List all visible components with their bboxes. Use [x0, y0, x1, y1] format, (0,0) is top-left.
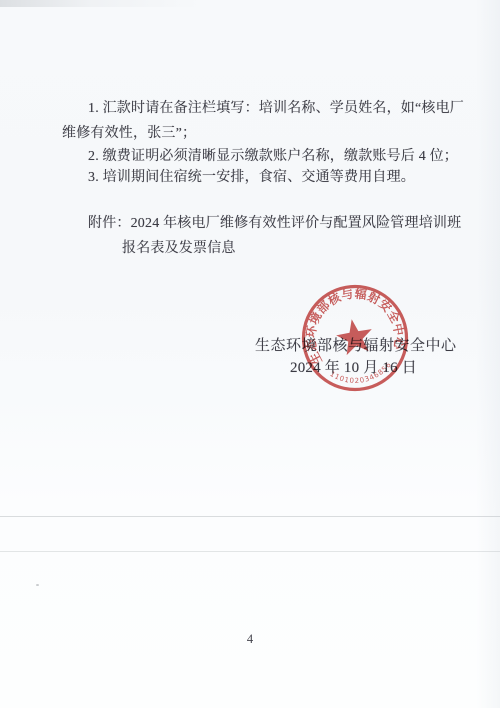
- page-number: 4: [0, 632, 500, 647]
- scan-artifact-line: [0, 516, 500, 517]
- list-item-1-line-2: 维修有效性，张三”；: [62, 124, 196, 144]
- list-item-3: 3. 培训期间住宿统一安排，食宿、交通等费用自理。: [88, 168, 415, 188]
- signature-date: 2024 年 10 月 16 日: [290, 358, 417, 378]
- scan-artifact-line: [0, 551, 500, 552]
- signature-organization: 生态环境部核与辐射安全中心: [255, 336, 457, 356]
- attachment-note-line-1: 附件：2024 年核电厂维修有效性评价与配置风险管理培训班: [88, 214, 461, 234]
- scan-artifact-dot: [36, 584, 39, 586]
- list-item-2: 2. 缴费证明必须清晰显示缴款账户名称，缴款账号后 4 位；: [88, 147, 458, 167]
- attachment-note-line-2: 报名表及发票信息: [122, 239, 236, 259]
- document-page: 1. 汇款时请在备注栏填写：培训名称、学员姓名，如“核电厂 维修有效性，张三”；…: [0, 0, 500, 708]
- list-item-1-line-1: 1. 汇款时请在备注栏填写：培训名称、学员姓名，如“核电厂: [88, 99, 464, 119]
- scan-edge-shadow-right: [476, 0, 500, 708]
- scan-edge-shadow: [0, 0, 500, 7]
